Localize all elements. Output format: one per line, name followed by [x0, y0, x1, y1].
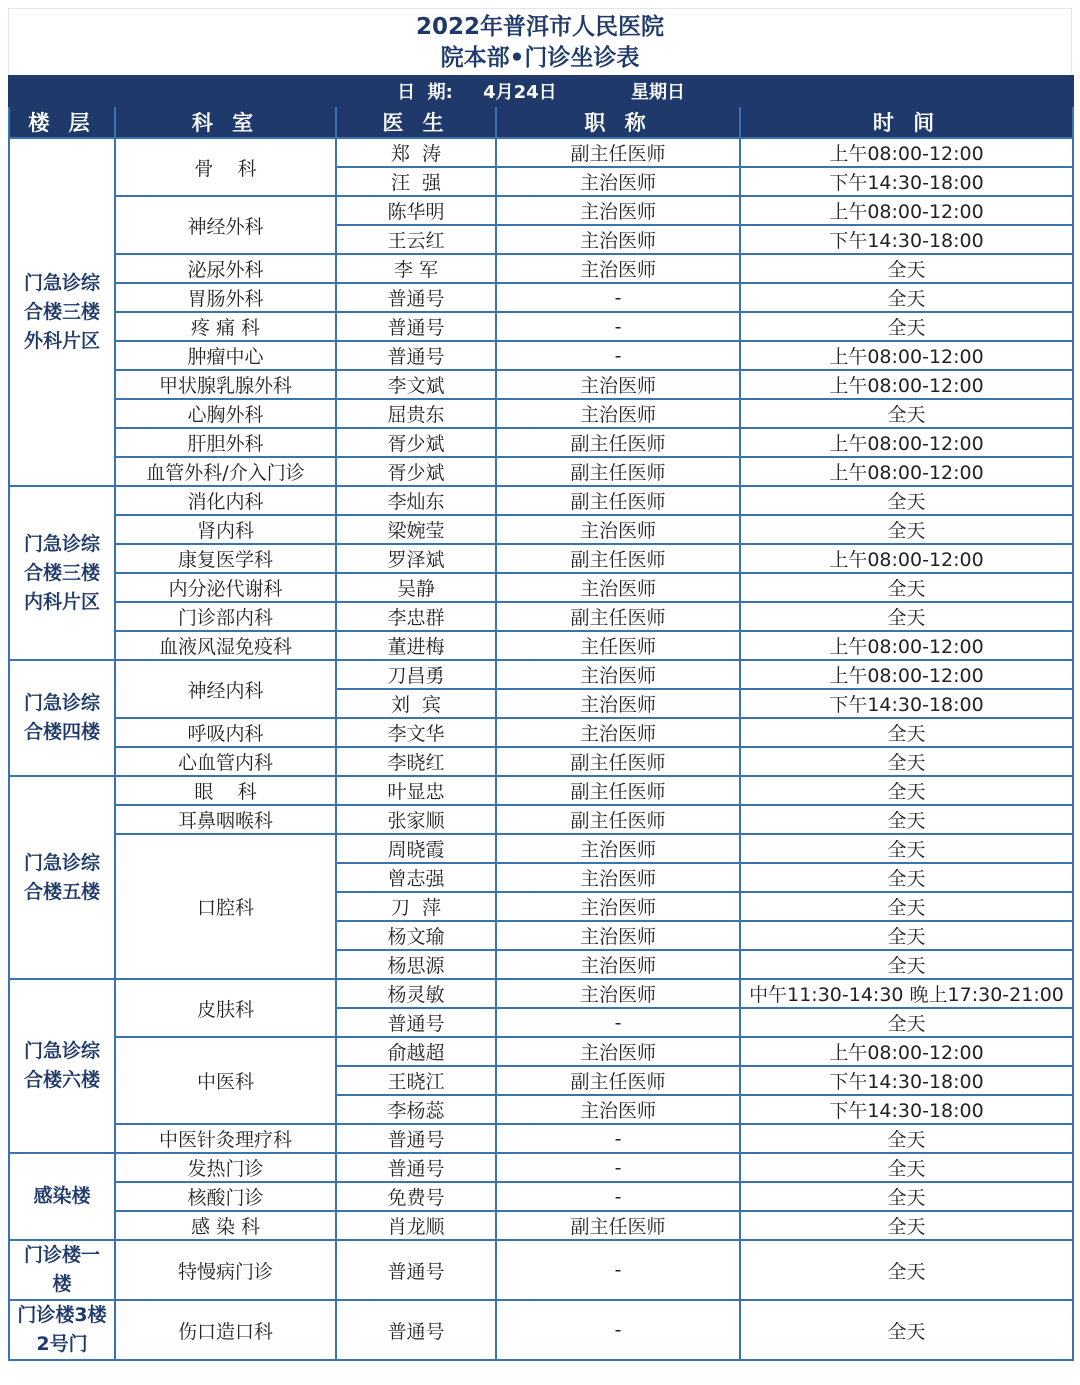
table-row: 泌尿外科 李 军 主治医师 全天 [9, 254, 1073, 283]
title-cell: 主治医师 [496, 660, 740, 689]
date-value: 4月24日 [483, 78, 557, 104]
dept-cell: 甲状腺乳腺外科 [115, 370, 336, 399]
time-cell: 全天 [740, 602, 1073, 631]
doctor-cell: 刀 萍 [336, 892, 496, 921]
time-cell: 全天 [740, 1211, 1073, 1240]
table-row: 感 染 科 肖龙顺 副主任医师 全天 [9, 1211, 1073, 1240]
doctor-cell: 郑 涛 [336, 138, 496, 167]
time-cell: 全天 [740, 486, 1073, 515]
dept-cell: 神经内科 [115, 660, 336, 718]
schedule-subtitle: 院本部•门诊坐诊表 [9, 43, 1071, 73]
col-doctor: 医 生 [336, 106, 496, 138]
dept-cell: 特慢病门诊 [115, 1240, 336, 1300]
table-row: 胃肠外科 普通号 - 全天 [9, 283, 1073, 312]
doctor-cell: 李忠群 [336, 602, 496, 631]
title-cell: - [496, 341, 740, 370]
doctor-cell: 刘 宾 [336, 689, 496, 718]
doctor-cell: 董进梅 [336, 631, 496, 660]
title-cell: 主治医师 [496, 573, 740, 602]
table-row: 呼吸内科 李文华 主治医师 全天 [9, 718, 1073, 747]
table-row: 甲状腺乳腺外科 李文斌 主治医师 上午08:00-12:00 [9, 370, 1073, 399]
table-row: 神经外科 陈华明 主治医师 上午08:00-12:00 [9, 196, 1073, 225]
col-floor: 楼 层 [9, 106, 115, 138]
time-cell: 上午08:00-12:00 [740, 370, 1073, 399]
title-cell: 副主任医师 [496, 776, 740, 805]
doctor-cell: 张家顺 [336, 805, 496, 834]
title-cell: - [496, 1300, 740, 1360]
hospital-title: 2022年普洱市人民医院 [9, 9, 1071, 43]
time-cell: 全天 [740, 1182, 1073, 1211]
doctor-cell: 屈贵东 [336, 399, 496, 428]
table-row: 口腔科 周晓霞 主治医师 全天 [9, 834, 1073, 863]
floor-cell: 门急诊综 合楼三楼 内科片区 [9, 486, 115, 660]
doctor-cell: 周晓霞 [336, 834, 496, 863]
floor-cell: 门急诊综 合楼四楼 [9, 660, 115, 776]
table-row: 门诊楼一 楼 特慢病门诊 普通号 - 全天 [9, 1240, 1073, 1300]
table-row: 肾内科 梁婉莹 主治医师 全天 [9, 515, 1073, 544]
dept-cell: 泌尿外科 [115, 254, 336, 283]
date-bar: 日 期: 4月24日 星期日 [9, 76, 1073, 106]
dept-cell: 肝胆外科 [115, 428, 336, 457]
time-cell: 全天 [740, 283, 1073, 312]
title-cell: 主治医师 [496, 892, 740, 921]
time-cell: 上午08:00-12:00 [740, 428, 1073, 457]
time-cell: 上午08:00-12:00 [740, 196, 1073, 225]
doctor-cell: 吴静 [336, 573, 496, 602]
schedule-table: 日 期: 4月24日 星期日 楼 层 科 室 医 生 职 称 时 间 门急诊综 … [8, 75, 1074, 1361]
title-cell: 主治医师 [496, 399, 740, 428]
col-department: 科 室 [115, 106, 336, 138]
dept-cell: 心血管内科 [115, 747, 336, 776]
table-row: 门急诊综 合楼六楼 皮肤科 杨灵敏 主治医师 中午11:30-14:30 晚上1… [9, 979, 1073, 1008]
time-cell: 全天 [740, 718, 1073, 747]
floor-cell: 门急诊综 合楼六楼 [9, 979, 115, 1153]
floor-cell: 门诊楼3楼 2号门 [9, 1300, 115, 1360]
title-cell: - [496, 1240, 740, 1300]
table-row: 门急诊综 合楼三楼 外科片区 骨 科 郑 涛 副主任医师 上午08:00-12:… [9, 138, 1073, 167]
doctor-cell: 叶显忠 [336, 776, 496, 805]
dept-cell: 心胸外科 [115, 399, 336, 428]
dept-cell: 皮肤科 [115, 979, 336, 1037]
table-row: 门急诊综 合楼五楼 眼 科 叶显忠 副主任医师 全天 [9, 776, 1073, 805]
time-cell: 中午11:30-14:30 晚上17:30-21:00 [740, 979, 1073, 1008]
title-cell: 副主任医师 [496, 1211, 740, 1240]
title-cell: 主治医师 [496, 1037, 740, 1066]
title-cell: - [496, 1153, 740, 1182]
title-cell: 主治医师 [496, 225, 740, 254]
dept-cell: 伤口造口科 [115, 1300, 336, 1360]
doctor-cell: 胥少斌 [336, 428, 496, 457]
title-cell: - [496, 312, 740, 341]
col-title: 职 称 [496, 106, 740, 138]
title-cell: 副主任医师 [496, 428, 740, 457]
dept-cell: 眼 科 [115, 776, 336, 805]
doctor-cell: 刀昌勇 [336, 660, 496, 689]
doctor-cell: 俞越超 [336, 1037, 496, 1066]
time-cell: 全天 [740, 892, 1073, 921]
doctor-cell: 普通号 [336, 1240, 496, 1300]
time-cell: 上午08:00-12:00 [740, 631, 1073, 660]
title-cell: 副主任医师 [496, 457, 740, 486]
time-cell: 全天 [740, 573, 1073, 602]
time-cell: 全天 [740, 747, 1073, 776]
doctor-cell: 普通号 [336, 283, 496, 312]
floor-cell: 门急诊综 合楼五楼 [9, 776, 115, 979]
schedule-sheet: 2022年普洱市人民医院 院本部•门诊坐诊表 日 期: 4月24日 星期日 楼 … [8, 8, 1072, 1361]
doctor-cell: 肖龙顺 [336, 1211, 496, 1240]
time-cell: 下午14:30-18:00 [740, 225, 1073, 254]
doctor-cell: 李灿东 [336, 486, 496, 515]
table-row: 肝胆外科 胥少斌 副主任医师 上午08:00-12:00 [9, 428, 1073, 457]
dept-cell: 中医针灸理疗科 [115, 1124, 336, 1153]
title-cell: 主治医师 [496, 718, 740, 747]
title-cell: - [496, 1008, 740, 1037]
doctor-cell: 普通号 [336, 1300, 496, 1360]
title-cell: 主治医师 [496, 254, 740, 283]
dept-cell: 内分泌代谢科 [115, 573, 336, 602]
table-row: 耳鼻咽喉科 张家顺 副主任医师 全天 [9, 805, 1073, 834]
doctor-cell: 陈华明 [336, 196, 496, 225]
title-cell: 副主任医师 [496, 1066, 740, 1095]
table-row: 血管外科/介入门诊 胥少斌 副主任医师 上午08:00-12:00 [9, 457, 1073, 486]
doctor-cell: 汪 强 [336, 167, 496, 196]
dept-cell: 神经外科 [115, 196, 336, 254]
table-row: 中医针灸理疗科 普通号 - 全天 [9, 1124, 1073, 1153]
table-row: 心胸外科 屈贵东 主治医师 全天 [9, 399, 1073, 428]
time-cell: 全天 [740, 399, 1073, 428]
doctor-cell: 普通号 [336, 312, 496, 341]
dept-cell: 血管外科/介入门诊 [115, 457, 336, 486]
title-cell: - [496, 1182, 740, 1211]
title-cell: - [496, 1124, 740, 1153]
doctor-cell: 杨文瑜 [336, 921, 496, 950]
dept-cell: 核酸门诊 [115, 1182, 336, 1211]
doctor-cell: 李 军 [336, 254, 496, 283]
time-cell: 全天 [740, 863, 1073, 892]
dept-cell: 肾内科 [115, 515, 336, 544]
doctor-cell: 梁婉莹 [336, 515, 496, 544]
dept-cell: 口腔科 [115, 834, 336, 979]
time-cell: 全天 [740, 312, 1073, 341]
time-cell: 下午14:30-18:00 [740, 1066, 1073, 1095]
time-cell: 上午08:00-12:00 [740, 660, 1073, 689]
title-cell: 主治医师 [496, 863, 740, 892]
doctor-cell: 王云红 [336, 225, 496, 254]
time-cell: 上午08:00-12:00 [740, 457, 1073, 486]
title-cell: - [496, 283, 740, 312]
dept-cell: 胃肠外科 [115, 283, 336, 312]
time-cell: 上午08:00-12:00 [740, 1037, 1073, 1066]
time-cell: 下午14:30-18:00 [740, 167, 1073, 196]
table-row: 门诊部内科 李忠群 副主任医师 全天 [9, 602, 1073, 631]
time-cell: 下午14:30-18:00 [740, 689, 1073, 718]
floor-cell: 门急诊综 合楼三楼 外科片区 [9, 138, 115, 486]
time-cell: 全天 [740, 1300, 1073, 1360]
time-cell: 全天 [740, 921, 1073, 950]
title-cell: 副主任医师 [496, 805, 740, 834]
time-cell: 全天 [740, 515, 1073, 544]
doctor-cell: 李晓红 [336, 747, 496, 776]
time-cell: 全天 [740, 1153, 1073, 1182]
time-cell: 下午14:30-18:00 [740, 1095, 1073, 1124]
table-row: 感染楼 发热门诊 普通号 - 全天 [9, 1153, 1073, 1182]
dept-cell: 血液风湿免疫科 [115, 631, 336, 660]
column-header-row: 楼 层 科 室 医 生 职 称 时 间 [9, 106, 1073, 138]
doctor-cell: 普通号 [336, 1124, 496, 1153]
table-row: 内分泌代谢科 吴静 主治医师 全天 [9, 573, 1073, 602]
table-row: 门急诊综 合楼四楼 神经内科 刀昌勇 主治医师 上午08:00-12:00 [9, 660, 1073, 689]
time-cell: 全天 [740, 834, 1073, 863]
floor-cell: 门诊楼一 楼 [9, 1240, 115, 1300]
time-cell: 全天 [740, 776, 1073, 805]
doctor-cell: 杨灵敏 [336, 979, 496, 1008]
title-cell: 主任医师 [496, 631, 740, 660]
title-cell: 副主任医师 [496, 747, 740, 776]
time-cell: 全天 [740, 254, 1073, 283]
title-cell: 主治医师 [496, 370, 740, 399]
doctor-cell: 李文华 [336, 718, 496, 747]
date-label: 日 期: [397, 78, 453, 104]
title-cell: 主治医师 [496, 979, 740, 1008]
title-cell: 主治医师 [496, 689, 740, 718]
doctor-cell: 罗泽斌 [336, 544, 496, 573]
doctor-cell: 李文斌 [336, 370, 496, 399]
time-cell: 全天 [740, 1240, 1073, 1300]
dept-cell: 耳鼻咽喉科 [115, 805, 336, 834]
doctor-cell: 胥少斌 [336, 457, 496, 486]
time-cell: 全天 [740, 805, 1073, 834]
time-cell: 上午08:00-12:00 [740, 544, 1073, 573]
doctor-cell: 李杨蕊 [336, 1095, 496, 1124]
dept-cell: 疼 痛 科 [115, 312, 336, 341]
title-cell: 主治医师 [496, 515, 740, 544]
table-row: 血液风湿免疫科 董进梅 主任医师 上午08:00-12:00 [9, 631, 1073, 660]
title-cell: 主治医师 [496, 1095, 740, 1124]
doctor-cell: 免费号 [336, 1182, 496, 1211]
dept-cell: 发热门诊 [115, 1153, 336, 1182]
title-cell: 主治医师 [496, 921, 740, 950]
table-row: 疼 痛 科 普通号 - 全天 [9, 312, 1073, 341]
floor-cell: 感染楼 [9, 1153, 115, 1240]
weekday-value: 星期日 [631, 78, 685, 104]
table-row: 中医科 俞越超 主治医师 上午08:00-12:00 [9, 1037, 1073, 1066]
doctor-cell: 普通号 [336, 1153, 496, 1182]
title-cell: 副主任医师 [496, 486, 740, 515]
title-cell: 副主任医师 [496, 602, 740, 631]
table-row: 门急诊综 合楼三楼 内科片区 消化内科 李灿东 副主任医师 全天 [9, 486, 1073, 515]
table-row: 肿瘤中心 普通号 - 上午08:00-12:00 [9, 341, 1073, 370]
title-cell: 主治医师 [496, 167, 740, 196]
doctor-cell: 普通号 [336, 341, 496, 370]
dept-cell: 消化内科 [115, 486, 336, 515]
dept-cell: 康复医学科 [115, 544, 336, 573]
dept-cell: 门诊部内科 [115, 602, 336, 631]
doctor-cell: 普通号 [336, 1008, 496, 1037]
time-cell: 全天 [740, 1008, 1073, 1037]
time-cell: 上午08:00-12:00 [740, 341, 1073, 370]
title-cell: 副主任医师 [496, 544, 740, 573]
dept-cell: 肿瘤中心 [115, 341, 336, 370]
title-cell: 主治医师 [496, 950, 740, 979]
time-cell: 全天 [740, 1124, 1073, 1153]
col-time: 时 间 [740, 106, 1073, 138]
title-block: 2022年普洱市人民医院 院本部•门诊坐诊表 [8, 8, 1072, 75]
dept-cell: 骨 科 [115, 138, 336, 196]
time-cell: 全天 [740, 950, 1073, 979]
table-row: 心血管内科 李晓红 副主任医师 全天 [9, 747, 1073, 776]
doctor-cell: 曾志强 [336, 863, 496, 892]
dept-cell: 中医科 [115, 1037, 336, 1124]
table-row: 核酸门诊 免费号 - 全天 [9, 1182, 1073, 1211]
table-row: 门诊楼3楼 2号门 伤口造口科 普通号 - 全天 [9, 1300, 1073, 1360]
dept-cell: 呼吸内科 [115, 718, 336, 747]
dept-cell: 感 染 科 [115, 1211, 336, 1240]
title-cell: 副主任医师 [496, 138, 740, 167]
table-row: 康复医学科 罗泽斌 副主任医师 上午08:00-12:00 [9, 544, 1073, 573]
doctor-cell: 杨思源 [336, 950, 496, 979]
title-cell: 主治医师 [496, 834, 740, 863]
doctor-cell: 王晓江 [336, 1066, 496, 1095]
time-cell: 上午08:00-12:00 [740, 138, 1073, 167]
title-cell: 主治医师 [496, 196, 740, 225]
